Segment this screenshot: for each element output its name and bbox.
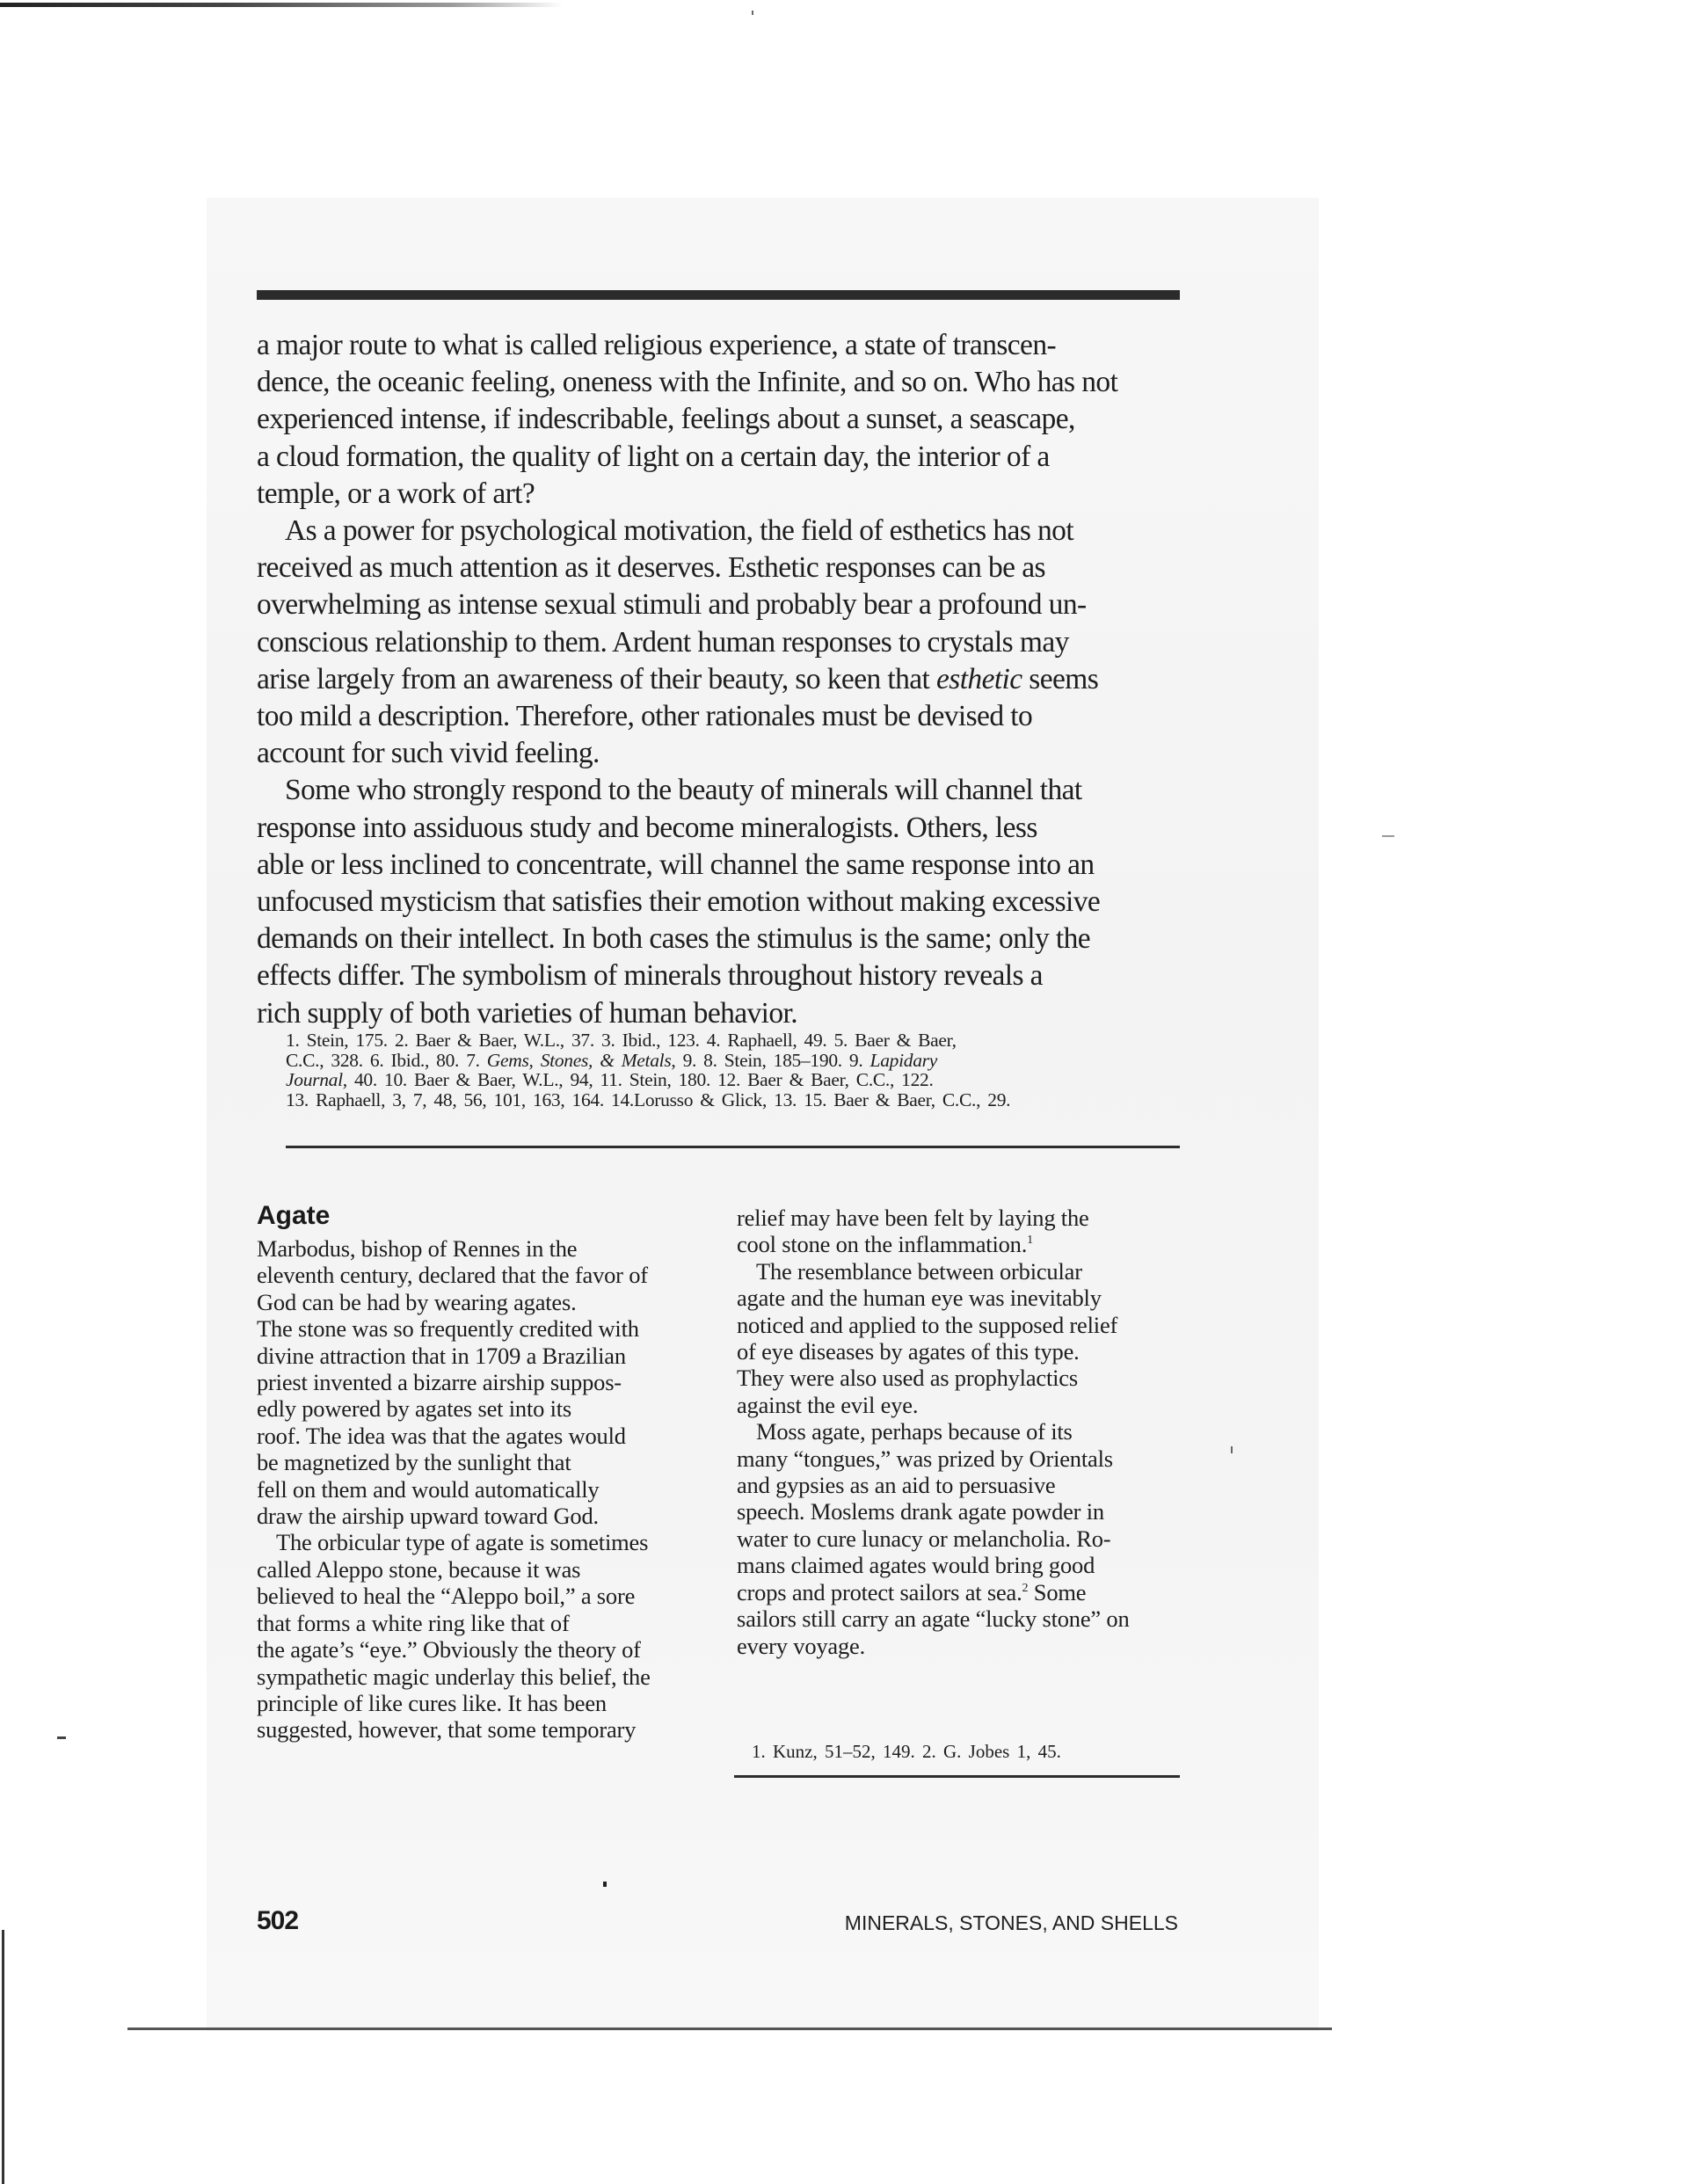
- text-segment: Some: [1028, 1579, 1086, 1605]
- text-line: They were also used as prophylactics: [737, 1365, 1185, 1391]
- footnote-line: C.C., 328. 6. Ibid., 80. 7. Gems, Stones…: [286, 1051, 1191, 1071]
- text-line: The resemblance between orbicular: [737, 1258, 1185, 1285]
- header-rule: [257, 290, 1180, 300]
- section-heading: Agate: [257, 1201, 330, 1231]
- text-line: fell on them and would automatically: [257, 1476, 705, 1503]
- text-line: effects differ. The symbolism of mineral…: [257, 957, 1189, 994]
- footnote-title: Gems, Stones, & Metals: [487, 1050, 672, 1071]
- footnote-marker: 1: [1027, 1234, 1033, 1247]
- text-line: able or less inclined to concentrate, wi…: [257, 847, 1189, 884]
- text-line: response into assiduous study and become…: [257, 810, 1189, 847]
- scan-left-edge-line: [2, 1930, 4, 2184]
- scan-speck: [57, 1736, 66, 1739]
- footnote-line: Journal, 40. 10. Baer & Baer, W.L., 94, …: [286, 1070, 1191, 1090]
- text-line: relief may have been felt by laying the: [737, 1205, 1185, 1231]
- scan-edge-streak: [0, 3, 563, 7]
- text-line: account for such vivid feeling.: [257, 735, 1189, 772]
- text-line: that forms a white ring like that of: [257, 1610, 705, 1636]
- text-line: As a power for psychological motivation,…: [257, 513, 1189, 550]
- page-number: 502: [257, 1906, 298, 1936]
- scan-speck: [1382, 835, 1394, 837]
- paragraph-3: Some who strongly respond to the beauty …: [257, 772, 1189, 1031]
- footnotes-rule: [286, 1146, 1180, 1148]
- text-line: Some who strongly respond to the beauty …: [257, 772, 1189, 809]
- text-line: The orbicular type of agate is sometimes: [257, 1529, 705, 1555]
- footnote-line: 1. Stein, 175. 2. Baer & Baer, W.L., 37.…: [286, 1030, 1191, 1051]
- text-line: speech. Moslems drank agate powder in: [737, 1498, 1185, 1525]
- left-column: Marbodus, bishop of Rennes in the eleven…: [257, 1235, 705, 1744]
- text-line: rich supply of both varieties of human b…: [257, 995, 1189, 1032]
- text-line: eleventh century, declared that the favo…: [257, 1262, 705, 1288]
- paragraph-2: As a power for psychological motivation,…: [257, 513, 1189, 772]
- emphasis: esthetic: [936, 663, 1022, 695]
- text-segment: seems: [1022, 663, 1099, 695]
- text-line: principle of like cures like. It has bee…: [257, 1690, 705, 1716]
- paragraph-1: a major route to what is called religiou…: [257, 327, 1189, 513]
- text-line: unfocused mysticism that satisfies their…: [257, 884, 1189, 921]
- scan-speck: [603, 1882, 607, 1887]
- text-line: experienced intense, if indescribable, f…: [257, 401, 1189, 438]
- right-column: relief may have been felt by laying the …: [737, 1205, 1185, 1659]
- text-line: arise largely from an awareness of their…: [257, 661, 1189, 698]
- text-segment: arise largely from an awareness of their…: [257, 663, 936, 695]
- footnote-segment: , 9. 8. Stein, 185–190. 9.: [671, 1050, 869, 1071]
- footnote-title: Journal: [286, 1069, 343, 1090]
- footnote-segment: C.C., 328. 6. Ibid., 80. 7.: [286, 1050, 487, 1071]
- text-line: draw the airship upward toward God.: [257, 1503, 705, 1529]
- text-line: crops and protect sailors at sea.2 Some: [737, 1579, 1185, 1605]
- text-line: noticed and applied to the supposed reli…: [737, 1312, 1185, 1338]
- text-line: temple, or a work of art?: [257, 476, 1189, 513]
- text-line: believed to heal the “Aleppo boil,” a so…: [257, 1583, 705, 1609]
- text-line: a cloud formation, the quality of light …: [257, 439, 1189, 476]
- text-line: edly powered by agates set into its: [257, 1395, 705, 1422]
- footnote-line: 13. Raphaell, 3, 7, 48, 56, 101, 163, 16…: [286, 1090, 1191, 1110]
- text-line: against the evil eye.: [737, 1392, 1185, 1418]
- text-line: be magnetized by the sunlight that: [257, 1449, 705, 1475]
- text-line: every voyage.: [737, 1633, 1185, 1659]
- text-line: The stone was so frequently credited wit…: [257, 1315, 705, 1342]
- footnote-segment: , 40. 10. Baer & Baer, W.L., 94, 11. Ste…: [343, 1069, 934, 1090]
- text-line: of eye diseases by agates of this type.: [737, 1338, 1185, 1365]
- scan-bottom-edge-line: [127, 2027, 1332, 2030]
- text-line: dence, the oceanic feeling, oneness with…: [257, 364, 1189, 401]
- text-segment: crops and protect sailors at sea.: [737, 1579, 1022, 1605]
- text-line: roof. The idea was that the agates would: [257, 1423, 705, 1449]
- text-line: water to cure lunacy or melancholia. Ro-: [737, 1525, 1185, 1552]
- text-line: conscious relationship to them. Ardent h…: [257, 624, 1189, 661]
- text-line: a major route to what is called religiou…: [257, 327, 1189, 364]
- text-line: the agate’s “eye.” Obviously the theory …: [257, 1636, 705, 1663]
- text-line: sympathetic magic underlay this belief, …: [257, 1663, 705, 1690]
- main-text: a major route to what is called religiou…: [257, 327, 1189, 1032]
- text-line: agate and the human eye was inevitably: [737, 1285, 1185, 1311]
- text-line: Marbodus, bishop of Rennes in the: [257, 1235, 705, 1262]
- text-line: and gypsies as an aid to persuasive: [737, 1472, 1185, 1498]
- running-footer: MINERALS, STONES, AND SHELLS: [845, 1911, 1178, 1935]
- text-line: God can be had by wearing agates.: [257, 1289, 705, 1315]
- footnotes: 1. Stein, 175. 2. Baer & Baer, W.L., 37.…: [286, 1030, 1191, 1110]
- text-line: cool stone on the inflammation.1: [737, 1231, 1185, 1257]
- text-line: too mild a description. Therefore, other…: [257, 698, 1189, 735]
- text-line: mans claimed agates would bring good: [737, 1552, 1185, 1578]
- text-line: called Aleppo stone, because it was: [257, 1556, 705, 1583]
- text-line: overwhelming as intense sexual stimuli a…: [257, 586, 1189, 623]
- text-segment: cool stone on the inflammation.: [737, 1231, 1027, 1257]
- text-line: sailors still carry an agate “lucky ston…: [737, 1605, 1185, 1632]
- text-line: Moss agate, perhaps because of its: [737, 1418, 1185, 1445]
- scan-speck: [752, 11, 753, 15]
- text-line: demands on their intellect. In both case…: [257, 921, 1189, 957]
- scan-speck: [1231, 1446, 1233, 1453]
- column-footnotes: 1. Kunz, 51–52, 149. 2. G. Jobes 1, 45.: [752, 1741, 1061, 1762]
- text-line: suggested, however, that some temporary: [257, 1716, 705, 1743]
- column-footnotes-rule: [734, 1775, 1180, 1778]
- text-line: received as much attention as it deserve…: [257, 550, 1189, 586]
- text-line: divine attraction that in 1709 a Brazili…: [257, 1343, 705, 1369]
- text-line: priest invented a bizarre airship suppos…: [257, 1369, 705, 1395]
- text-line: many “tongues,” was prized by Orientals: [737, 1445, 1185, 1472]
- footnote-title: Lapidary: [870, 1050, 937, 1071]
